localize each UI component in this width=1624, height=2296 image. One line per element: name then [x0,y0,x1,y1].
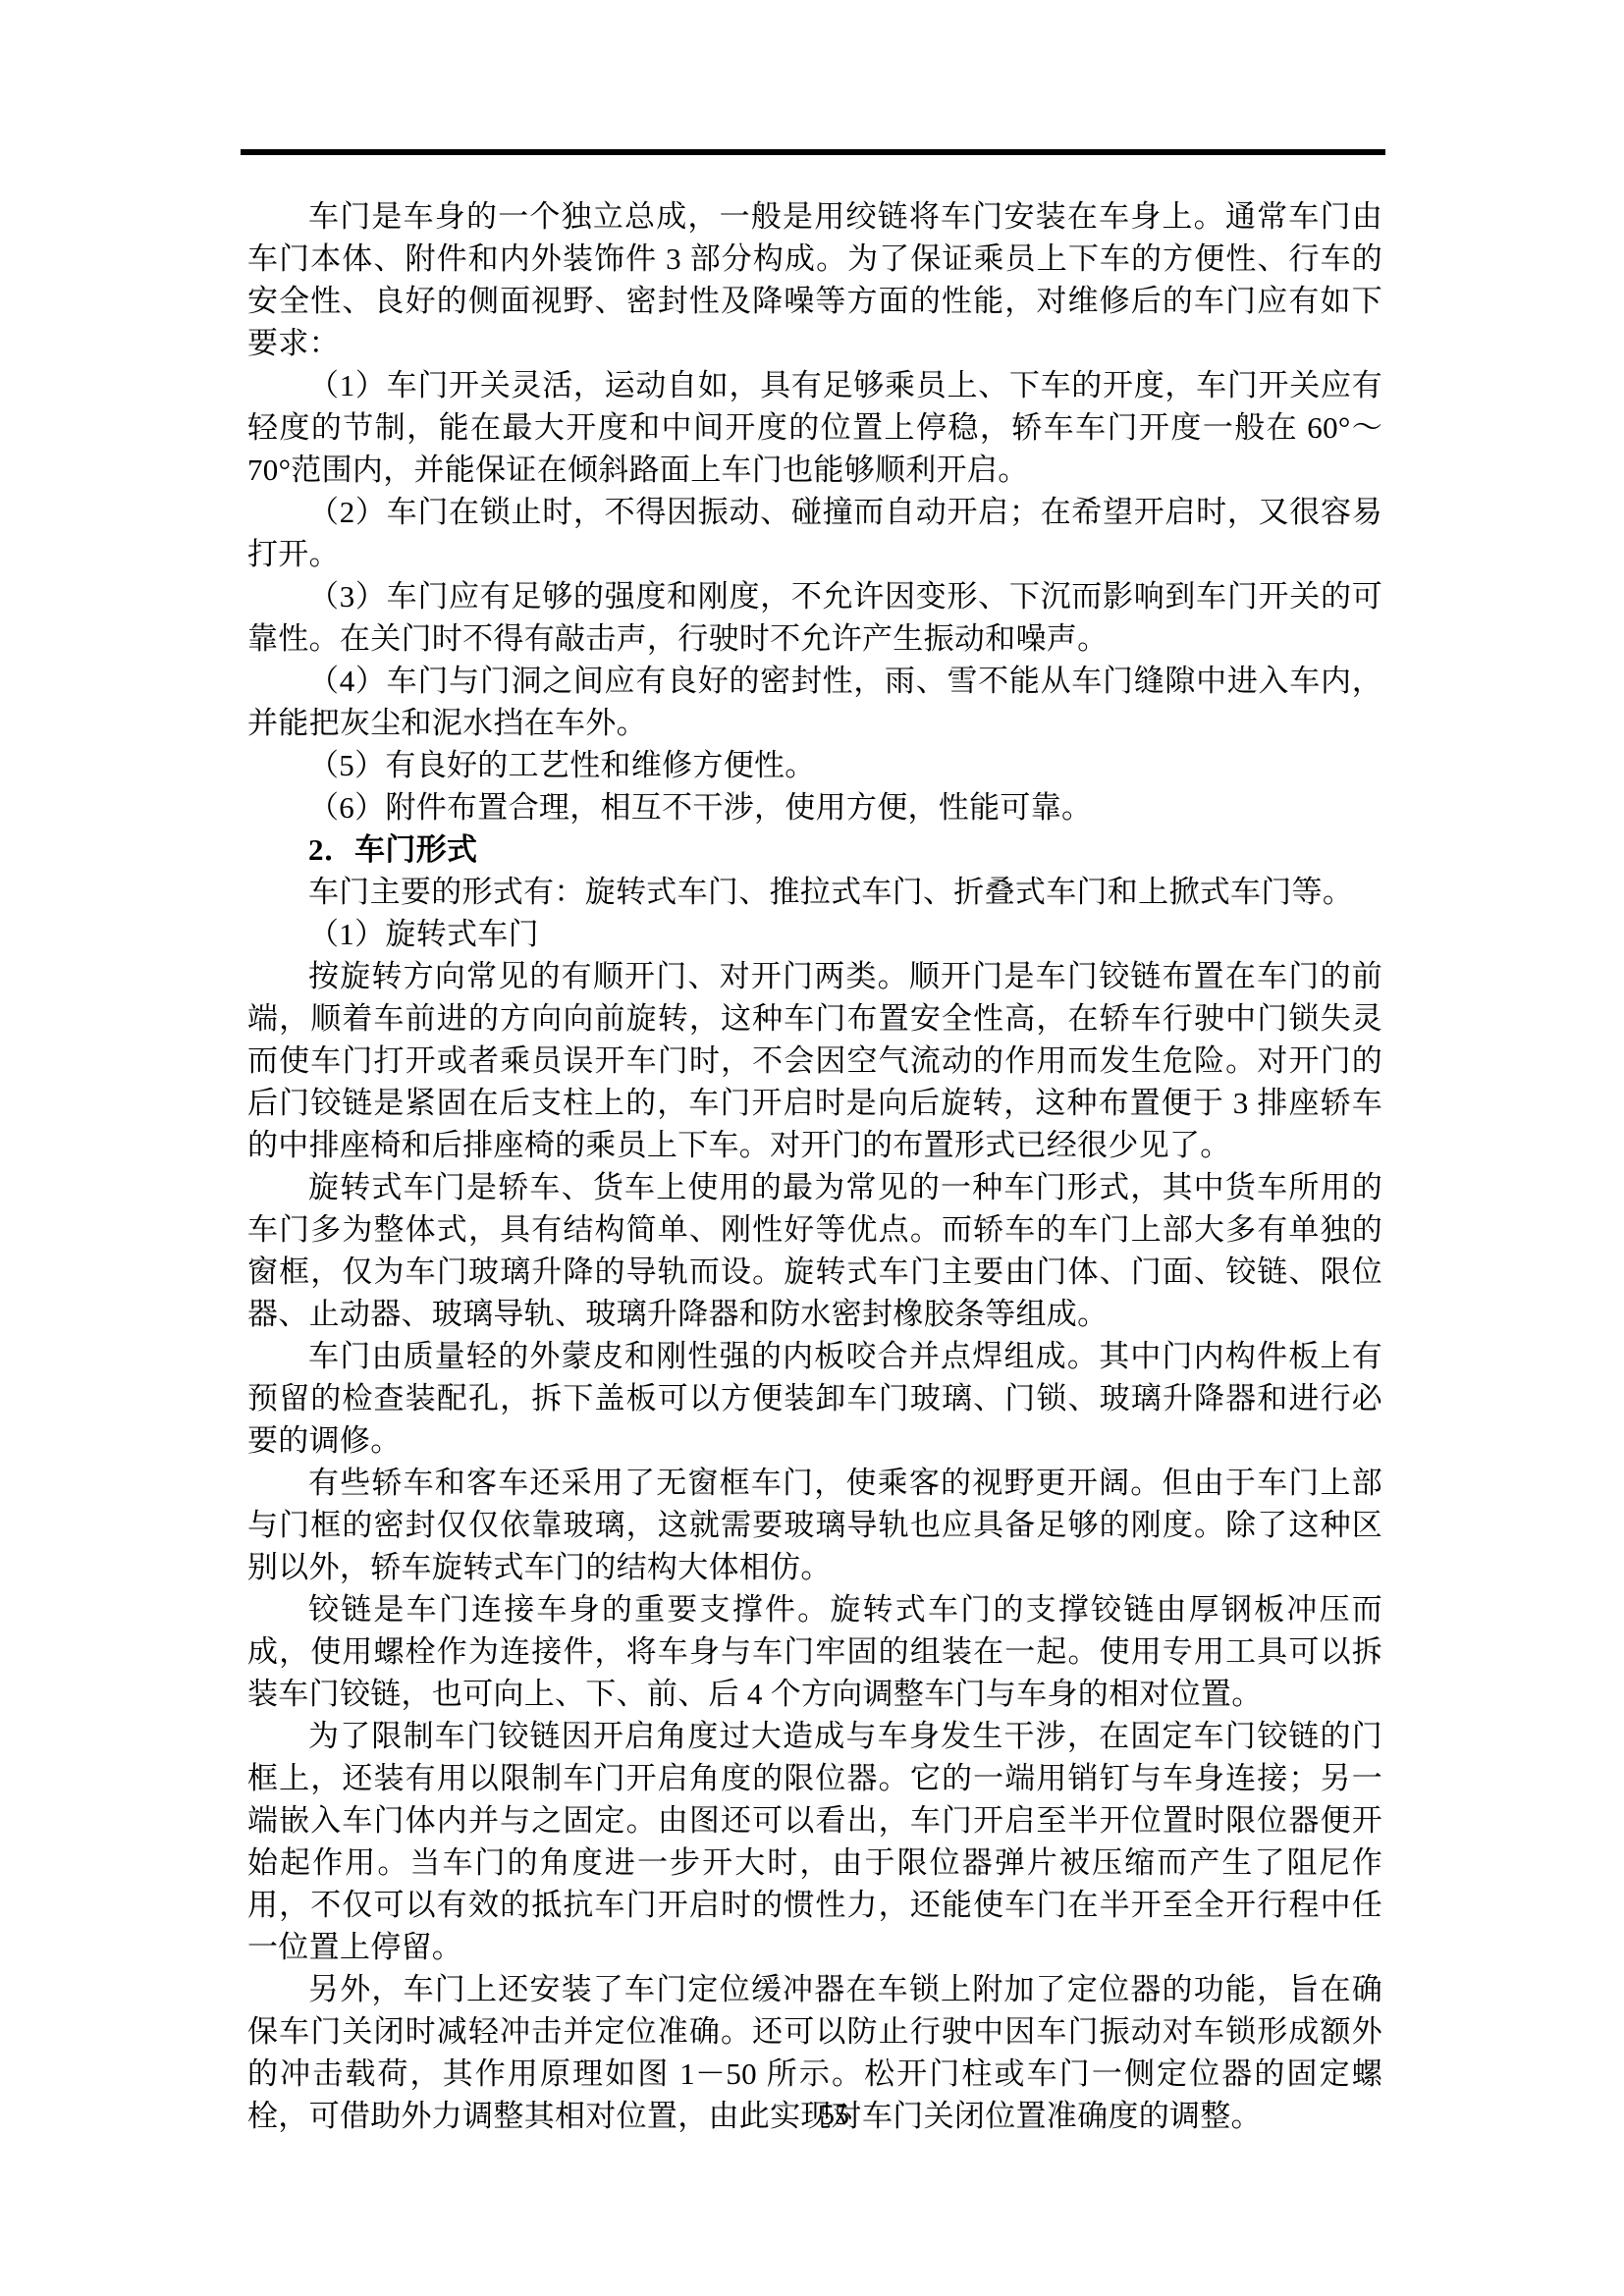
page-body: 车门是车身的一个独立总成，一般是用绞链将车门安装在车身上。通常车门由车门本体、附… [247,195,1382,2137]
paragraph: 按旋转方向常见的有顺开门、对开门两类。顺开门是车门铰链布置在车门的前端，顺着车前… [247,955,1382,1166]
paragraph: 为了限制车门铰链因开启角度过大造成与车身发生干涉，在固定车门铰链的门框上，还装有… [247,1715,1382,1968]
paragraph: （3）车门应有足够的强度和刚度，不允许因变形、下沉而影响到车门开关的可靠性。在关… [247,575,1382,660]
paragraph: 车门主要的形式有：旋转式车门、推拉式车门、折叠式车门和上掀式车门等。 [247,871,1382,913]
paragraph: 车门是车身的一个独立总成，一般是用绞链将车门安装在车身上。通常车门由车门本体、附… [247,195,1382,364]
paragraph: （5）有良好的工艺性和维修方便性。 [247,744,1382,786]
paragraph: 有些轿车和客车还采用了无窗框车门，使乘客的视野更开阔。但由于车门上部与门框的密封… [247,1462,1382,1588]
subsection-label: （1）旋转式车门 [247,913,1382,955]
paragraph: 车门由质量轻的外蒙皮和刚性强的内板咬合并点焊组成。其中门内构件板上有预留的检查装… [247,1335,1382,1462]
header-rule [241,149,1385,155]
paragraph: （2）车门在锁止时，不得因振动、碰撞而自动开启；在希望开启时，又很容易打开。 [247,491,1382,575]
paragraph: （6）附件布置合理，相互不干涉，使用方便，性能可靠。 [247,786,1382,828]
document-page: 车门是车身的一个独立总成，一般是用绞链将车门安装在车身上。通常车门由车门本体、附… [0,0,1624,2296]
page-number: 55 [0,2099,1624,2132]
paragraph: 旋转式车门是轿车、货车上使用的最为常见的一种车门形式，其中货车所用的车门多为整体… [247,1166,1382,1335]
paragraph: （4）车门与门洞之间应有良好的密封性，雨、雪不能从车门缝隙中进入车内，并能把灰尘… [247,660,1382,744]
paragraph: （1）车门开关灵活，运动自如，具有足够乘员上、下车的开度，车门开关应有轻度的节制… [247,364,1382,491]
section-heading: 2．车门形式 [247,828,1382,871]
paragraph: 铰链是车门连接车身的重要支撑件。旋转式车门的支撑铰链由厚钢板冲压而成，使用螺栓作… [247,1588,1382,1715]
